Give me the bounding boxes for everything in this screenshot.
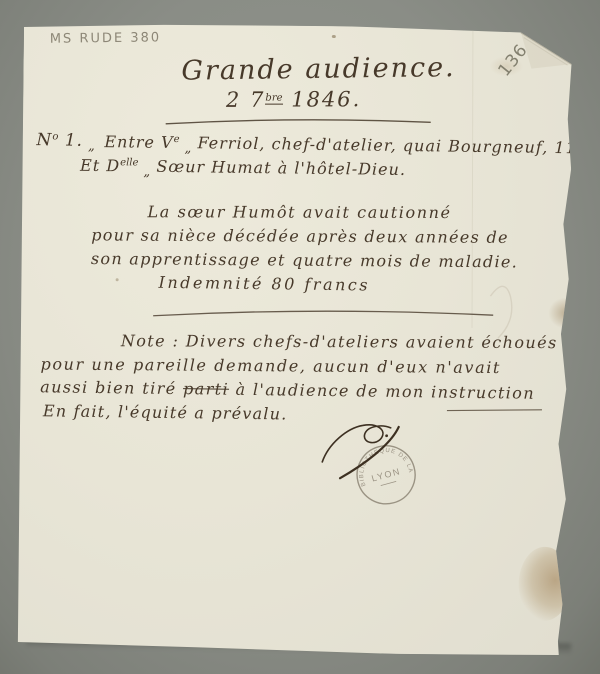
dust-speck bbox=[116, 278, 119, 281]
note-line: Note : Divers chefs-d'ateliers avaient é… bbox=[121, 331, 558, 352]
note-line: pour une pareille demande, aucun d'eux n… bbox=[40, 354, 501, 377]
summary-line: pour sa nièce décédée après deux années … bbox=[91, 225, 509, 247]
library-stamp: BIBLIOTHEQUE DE LA VILLE LYON bbox=[350, 439, 421, 510]
paper-crease bbox=[469, 30, 476, 328]
stamp-ornament bbox=[381, 481, 396, 485]
ghost-bleed-mark bbox=[490, 286, 512, 338]
paraph-loop bbox=[322, 424, 390, 463]
ditto-mark: „ bbox=[83, 139, 96, 154]
case-number-value: 1. bbox=[58, 130, 83, 150]
summary-line: son apprentissage et quatre mois de mala… bbox=[91, 249, 518, 271]
date-year: 1846. bbox=[282, 87, 361, 111]
folio-number-annotation: 136 bbox=[494, 40, 532, 80]
dust-speck bbox=[332, 35, 336, 38]
stamp-circle bbox=[350, 439, 421, 510]
title-underline-rule bbox=[166, 118, 431, 128]
stamp-arc-textpath: BIBLIOTHEQUE DE LA VILLE bbox=[353, 442, 415, 490]
session-date: 2 7bre 1846. bbox=[226, 87, 361, 112]
closing-rule bbox=[447, 409, 542, 412]
section-rule bbox=[153, 309, 493, 321]
struck-word: parti bbox=[183, 379, 229, 399]
paraph-stroke bbox=[340, 426, 399, 479]
note-line3-suffix: à l'audience de mon instruction bbox=[229, 380, 535, 403]
party2-prefix: Et D bbox=[80, 156, 120, 176]
paraph-dot bbox=[385, 434, 388, 437]
case-number-letter: N bbox=[36, 130, 52, 150]
ditto-mark: „ bbox=[138, 165, 156, 180]
stamp-center-text: LYON bbox=[370, 466, 401, 483]
scan-background: { "annotations": { "shelfmark": "MS RUDE… bbox=[0, 0, 600, 674]
stain-right-edge bbox=[548, 297, 572, 329]
party1-prefix: Entre V bbox=[104, 132, 173, 152]
party2-name-address: Sœur Humat à l'hôtel-Dieu. bbox=[156, 157, 406, 179]
party1-name-address: Ferriol, chef-d'atelier, quai Bourgneuf,… bbox=[197, 133, 594, 157]
stain-bottom-right bbox=[518, 547, 571, 622]
date-month-superscript: bre bbox=[265, 93, 282, 105]
stamp-arc-text: BIBLIOTHEQUE DE LA VILLE bbox=[353, 442, 415, 490]
indemnity-line: Indemnité 80 francs bbox=[158, 273, 370, 295]
shelfmark-annotation: MS RUDE 380 bbox=[50, 30, 162, 46]
page-title: Grande audience. bbox=[181, 52, 456, 87]
case-number: No 1. „ bbox=[36, 130, 96, 154]
ditto-mark: „ bbox=[179, 141, 197, 156]
party2-superscript: elle bbox=[120, 157, 138, 168]
summary-line: La sœur Humôt avait cautionné bbox=[148, 202, 452, 222]
manuscript-paper: BIBLIOTHEQUE DE LA VILLE LYON MS RUDE 38… bbox=[16, 22, 574, 657]
date-day-month: 2 7 bbox=[226, 88, 266, 112]
note-line3-prefix: aussi bien tiré bbox=[40, 377, 183, 398]
signature-paraph bbox=[322, 424, 399, 479]
note-line: aussi bien tiré parti à l'audience de mo… bbox=[40, 377, 535, 402]
party-line-2: Et Delle „ Sœur Humat à l'hôtel-Dieu. bbox=[80, 156, 406, 183]
note-line: En fait, l'équité a prévalu. bbox=[43, 401, 288, 423]
